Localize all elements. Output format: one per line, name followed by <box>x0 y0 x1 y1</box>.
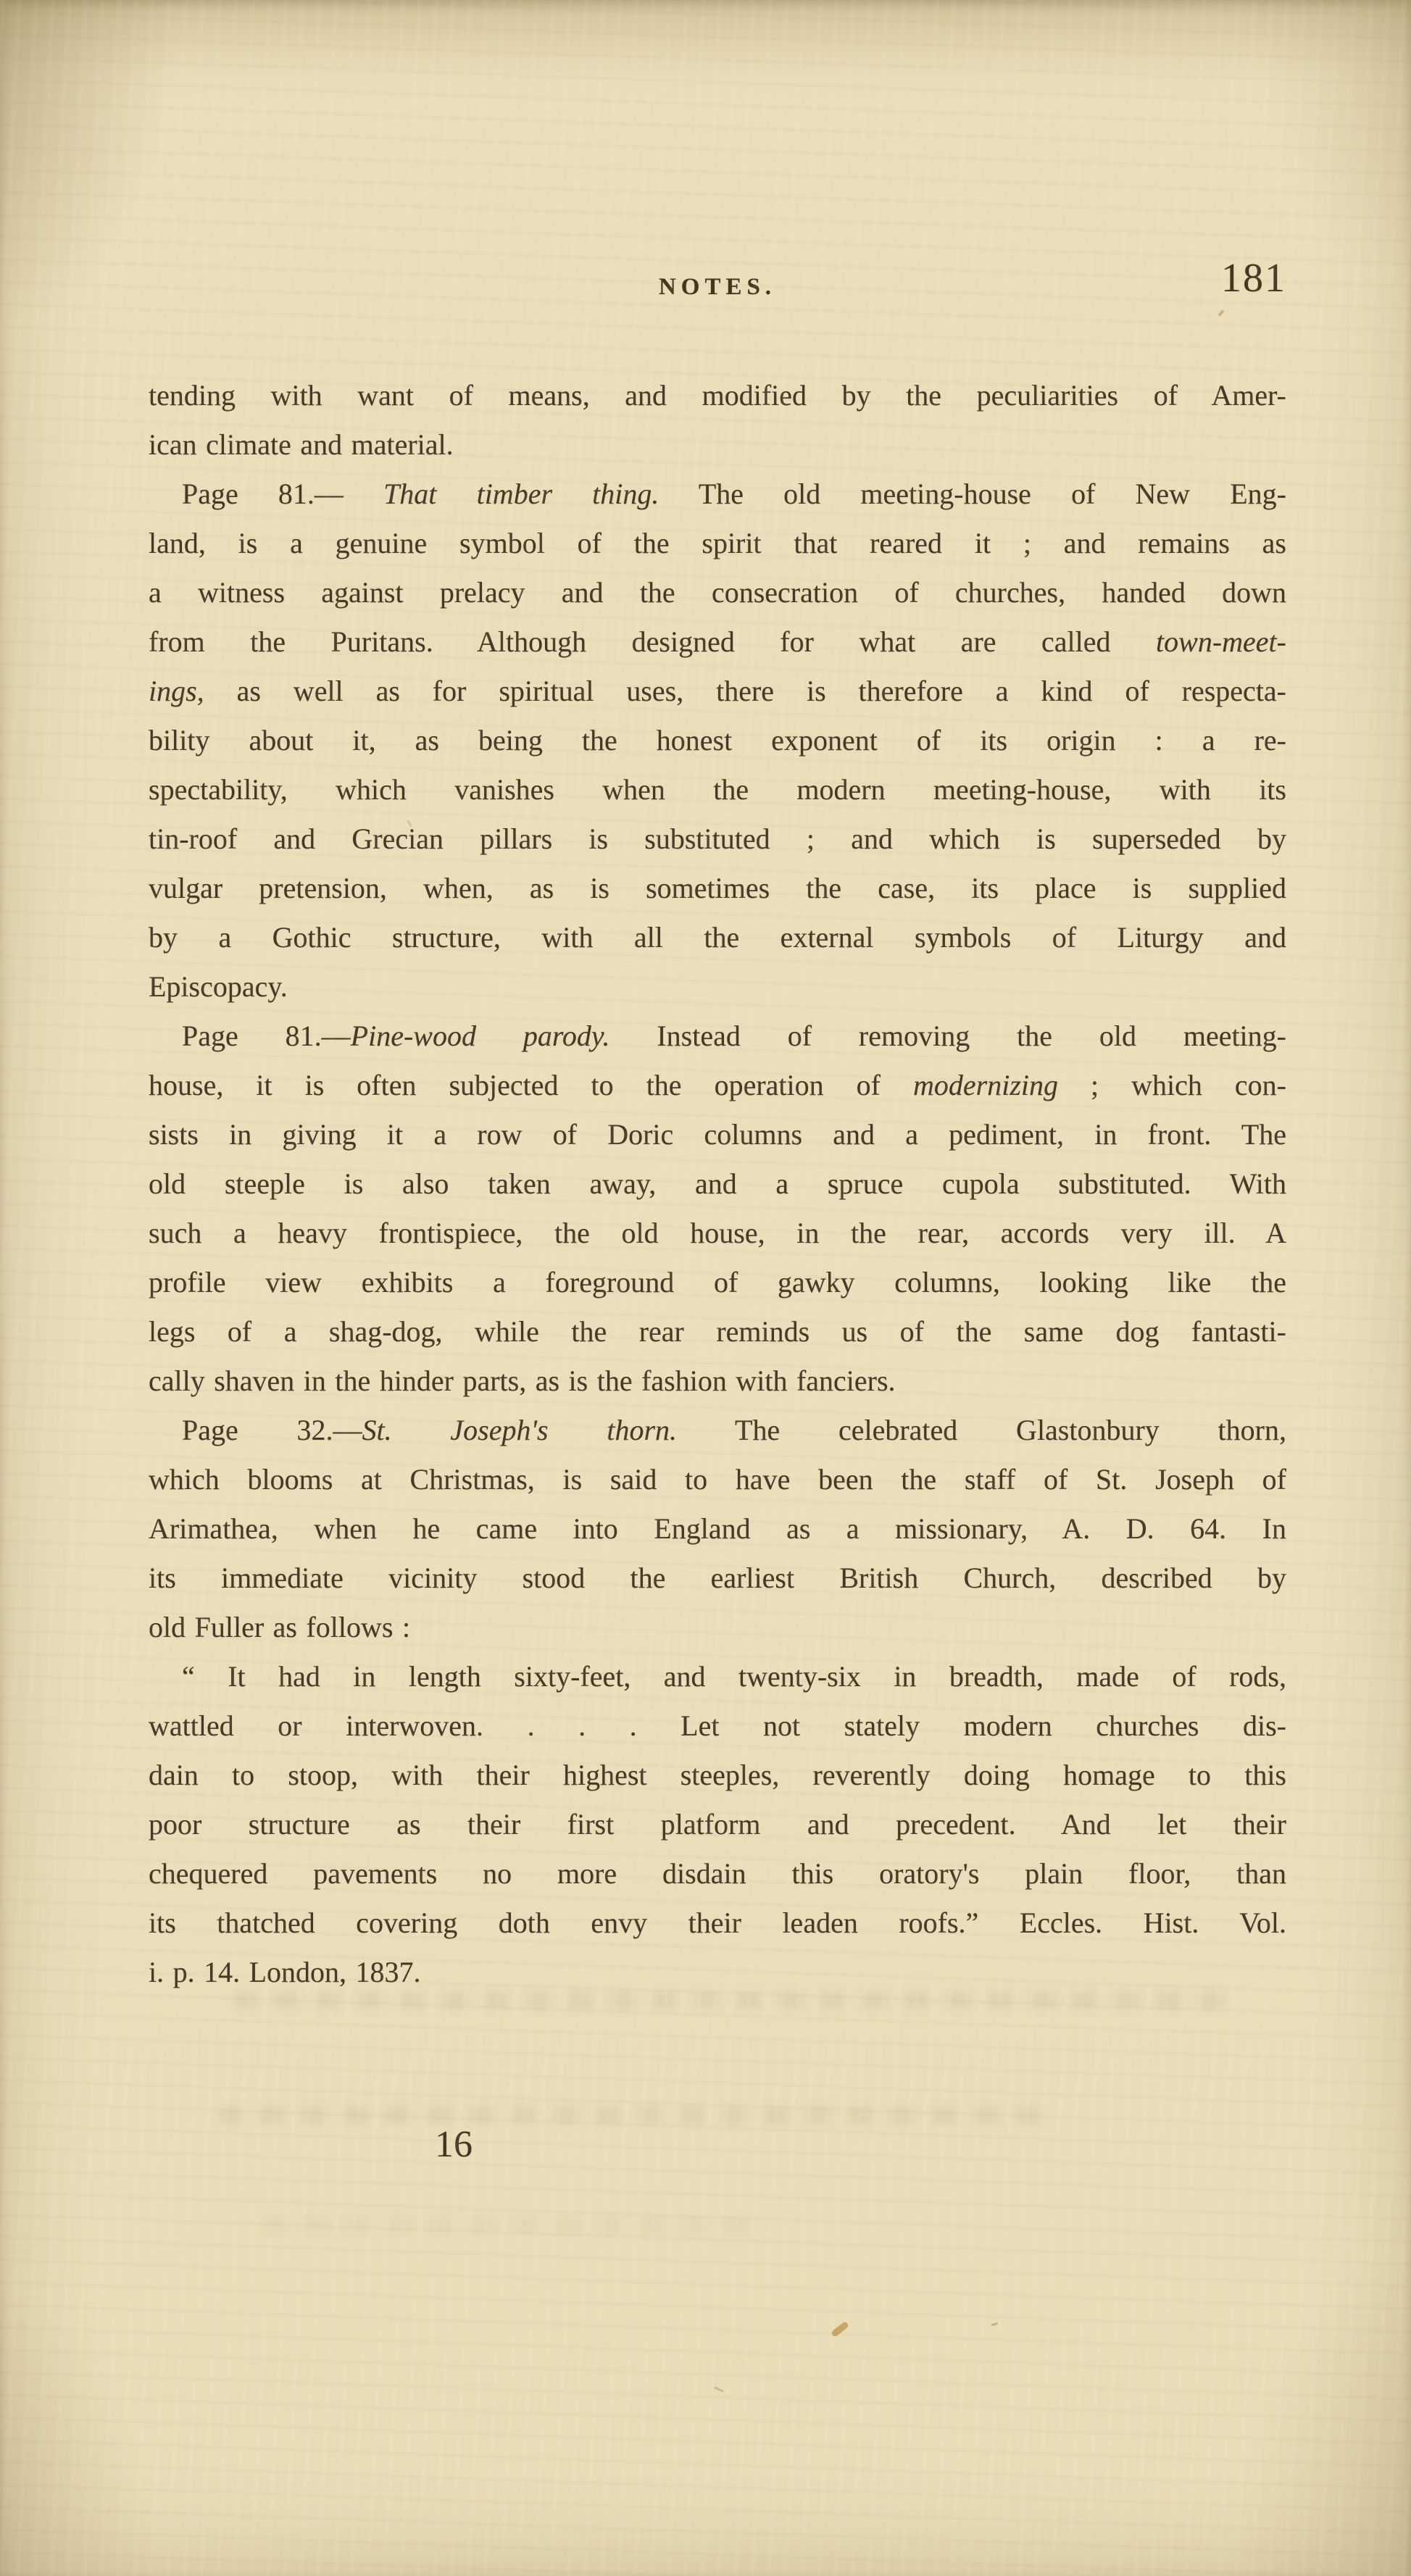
text-line: Page 81.—Pine-wood parody. Instead of re… <box>149 1012 1286 1061</box>
text-line: house, it is often subjected to the oper… <box>149 1061 1286 1110</box>
text-segment: vulgar pretension, when, as is sometimes… <box>149 872 1286 904</box>
text-segment: such a heavy frontispiece, the old house… <box>149 1217 1286 1249</box>
signature-mark: 16 <box>435 2123 473 2166</box>
running-title: NOTES. <box>149 274 1286 301</box>
text-line: spectability, which vanishes when the mo… <box>149 765 1286 814</box>
text-line: bility about it, as being the honest exp… <box>149 716 1286 765</box>
text-line: chequered pavements no more disdain this… <box>149 1849 1286 1898</box>
text-line: wattled or interwoven. . . . Let not sta… <box>149 1701 1286 1751</box>
text-line: sists in giving it a row of Doric column… <box>149 1110 1286 1159</box>
text-segment-italic: St. Joseph's thorn. <box>362 1414 678 1446</box>
text-segment: from the Puritans. Although designed for… <box>149 625 1156 658</box>
text-line: Page 32.—St. Joseph's thorn. The celebra… <box>149 1406 1286 1455</box>
text-segment: wattled or interwoven. . . . Let not sta… <box>149 1709 1286 1742</box>
text-line: Episcopacy. <box>149 962 1286 1012</box>
text-line: old steeple is also taken away, and a sp… <box>149 1159 1286 1209</box>
text-segment: dain to stoop, with their highest steepl… <box>149 1759 1286 1791</box>
text-segment: i. p. 14. London, 1837. <box>149 1956 421 1988</box>
text-line: land, is a genuine symbol of the spirit … <box>149 519 1286 568</box>
text-segment: sists in giving it a row of Doric column… <box>149 1118 1286 1151</box>
text-segment: tending with want of means, and modified… <box>149 379 1286 412</box>
text-line: ings, as well as for spiritual uses, the… <box>149 667 1286 716</box>
book-page: NOTES. 181 tending with want of means, a… <box>0 0 1411 2576</box>
text-line: profile view exhibits a foreground of ga… <box>149 1258 1286 1307</box>
text-segment: a witness against prelacy and the consec… <box>149 576 1286 609</box>
text-line: tin-roof and Grecian pillars is substitu… <box>149 814 1286 864</box>
text-segment: tin-roof and Grecian pillars is substitu… <box>149 822 1286 855</box>
bleed-through-ghosting <box>261 2216 768 2235</box>
text-line: i. p. 14. London, 1837. <box>149 1948 1286 1997</box>
text-segment-italic: Pine-wood parody. <box>351 1020 610 1052</box>
text-segment: old Fuller as follows : <box>149 1611 410 1643</box>
paper-blemish <box>714 2386 724 2392</box>
text-line: old Fuller as follows : <box>149 1603 1286 1652</box>
text-segment: as well as for spiritual uses, there is … <box>204 675 1286 707</box>
text-segment: Episcopacy. <box>149 970 288 1003</box>
text-segment: Instead of removing the old meeting- <box>609 1020 1286 1052</box>
text-segment: The celebrated Glastonbury thorn, <box>677 1414 1286 1446</box>
text-segment: which blooms at Christmas, is said to ha… <box>149 1463 1286 1496</box>
text-segment: land, is a genuine symbol of the spirit … <box>149 527 1286 559</box>
text-line: Arimathea, when he came into England as … <box>149 1504 1286 1554</box>
text-segment: poor structure as their first platform a… <box>149 1808 1286 1841</box>
text-segment-italic: modernizing <box>913 1069 1058 1101</box>
text-line: dain to stoop, with their highest steepl… <box>149 1751 1286 1800</box>
text-line: a witness against prelacy and the consec… <box>149 568 1286 617</box>
text-segment: profile view exhibits a foreground of ga… <box>149 1266 1286 1299</box>
page-number: 181 <box>1221 255 1286 301</box>
text-line: tending with want of means, and modified… <box>149 371 1286 420</box>
paper-blemish <box>991 2322 998 2326</box>
text-line: such a heavy frontispiece, the old house… <box>149 1209 1286 1258</box>
text-segment: old steeple is also taken away, and a sp… <box>149 1167 1286 1200</box>
text-line: its immediate vicinity stood the earlies… <box>149 1554 1286 1603</box>
text-line: its thatched covering doth envy their le… <box>149 1898 1286 1948</box>
page-header: NOTES. 181 <box>149 255 1286 320</box>
bleed-through-ghosting <box>217 2106 1051 2125</box>
text-segment: Page 81.— <box>182 478 383 510</box>
text-segment: its immediate vicinity stood the earlies… <box>149 1562 1286 1594</box>
text-segment: spectability, which vanishes when the mo… <box>149 773 1286 806</box>
text-segment: ; which con- <box>1058 1069 1286 1101</box>
text-line: Page 81.— That timber thing. The old mee… <box>149 470 1286 519</box>
text-line: which blooms at Christmas, is said to ha… <box>149 1455 1286 1504</box>
text-segment: house, it is often subjected to the oper… <box>149 1069 913 1101</box>
text-segment-italic: town-meet- <box>1156 625 1286 658</box>
text-line: “ It had in length sixty-feet, and twent… <box>149 1652 1286 1701</box>
body-text: tending with want of means, and modified… <box>149 371 1286 1997</box>
text-segment: legs of a shag-dog, while the rear remin… <box>149 1315 1286 1348</box>
text-segment: by a Gothic structure, with all the exte… <box>149 921 1286 954</box>
text-segment: bility about it, as being the honest exp… <box>149 724 1286 756</box>
text-segment: Page 32.— <box>182 1414 362 1446</box>
text-segment: Page 81.— <box>182 1020 351 1052</box>
text-segment: “ It had in length sixty-feet, and twent… <box>182 1660 1286 1693</box>
text-segment: its thatched covering doth envy their le… <box>149 1906 1286 1939</box>
text-segment-italic: ings, <box>149 675 204 707</box>
text-line: poor structure as their first platform a… <box>149 1800 1286 1849</box>
text-line: legs of a shag-dog, while the rear remin… <box>149 1307 1286 1356</box>
text-line: from the Puritans. Although designed for… <box>149 617 1286 667</box>
text-segment-italic: That timber thing. <box>383 478 659 510</box>
text-line: cally shaven in the hinder parts, as is … <box>149 1356 1286 1406</box>
text-segment: The old meeting-house of New Eng- <box>659 478 1286 510</box>
text-segment: ican climate and material. <box>149 428 454 461</box>
paper-blemish <box>831 2321 849 2338</box>
text-line: by a Gothic structure, with all the exte… <box>149 913 1286 962</box>
text-segment: Arimathea, when he came into England as … <box>149 1512 1286 1545</box>
text-line: ican climate and material. <box>149 420 1286 470</box>
text-segment: chequered pavements no more disdain this… <box>149 1857 1286 1890</box>
text-segment: cally shaven in the hinder parts, as is … <box>149 1364 896 1397</box>
text-line: vulgar pretension, when, as is sometimes… <box>149 864 1286 913</box>
